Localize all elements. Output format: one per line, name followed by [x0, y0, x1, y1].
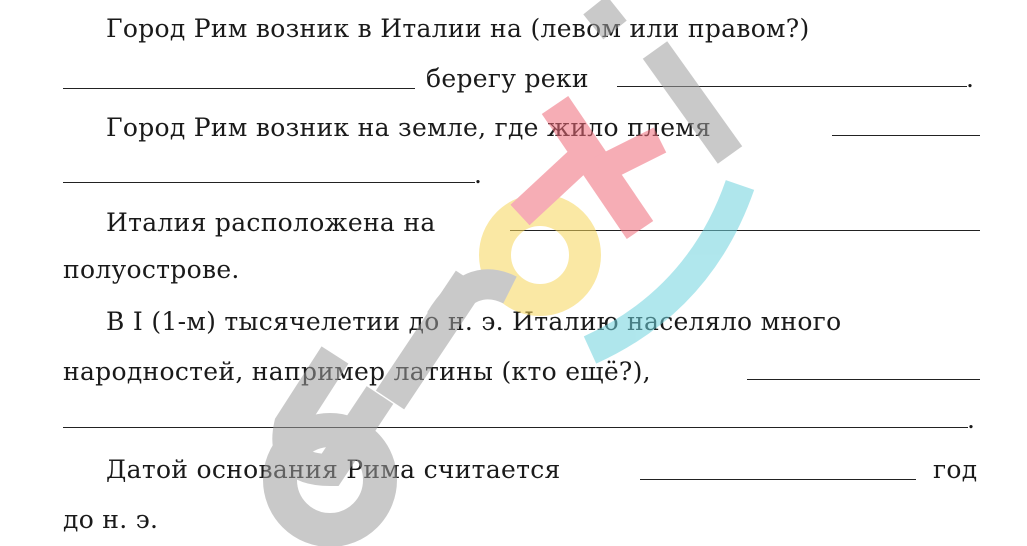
peninsula-label: полуострове.: [63, 255, 240, 285]
bc-label: до н. э.: [63, 505, 158, 535]
answer-blank-river-side[interactable]: [63, 88, 415, 89]
worksheet-page: Город Рим возник в Италии на (левом или …: [0, 0, 1027, 546]
answer-blank-peoples-2[interactable]: [63, 427, 968, 428]
period: .: [967, 405, 975, 435]
answer-blank-tribe-2[interactable]: [63, 182, 475, 183]
period: .: [966, 64, 974, 94]
year-label: год: [933, 455, 977, 485]
period: .: [474, 160, 482, 190]
rome-tribe-question: Город Рим возник на земле, где жило плем…: [106, 113, 711, 143]
answer-blank-peoples-1[interactable]: [747, 379, 980, 380]
founding-question: Датой основания Рима считается: [106, 455, 561, 485]
river-label: берегу реки: [426, 64, 589, 94]
peoples-example: народностей, например латины (кто ещё?),: [63, 357, 651, 387]
rome-river-question: Город Рим возник в Италии на (левом или …: [106, 14, 810, 44]
answer-blank-tribe-1[interactable]: [832, 135, 980, 136]
italy-question: Италия расположена на: [106, 208, 436, 238]
watermark-o-icon: [495, 210, 585, 300]
answer-blank-river-name[interactable]: [617, 86, 967, 87]
peoples-question: В I (1-м) тысячелетии до н. э. Италию на…: [106, 307, 841, 337]
answer-blank-founding-year[interactable]: [640, 479, 916, 480]
answer-blank-peninsula[interactable]: [510, 230, 980, 231]
